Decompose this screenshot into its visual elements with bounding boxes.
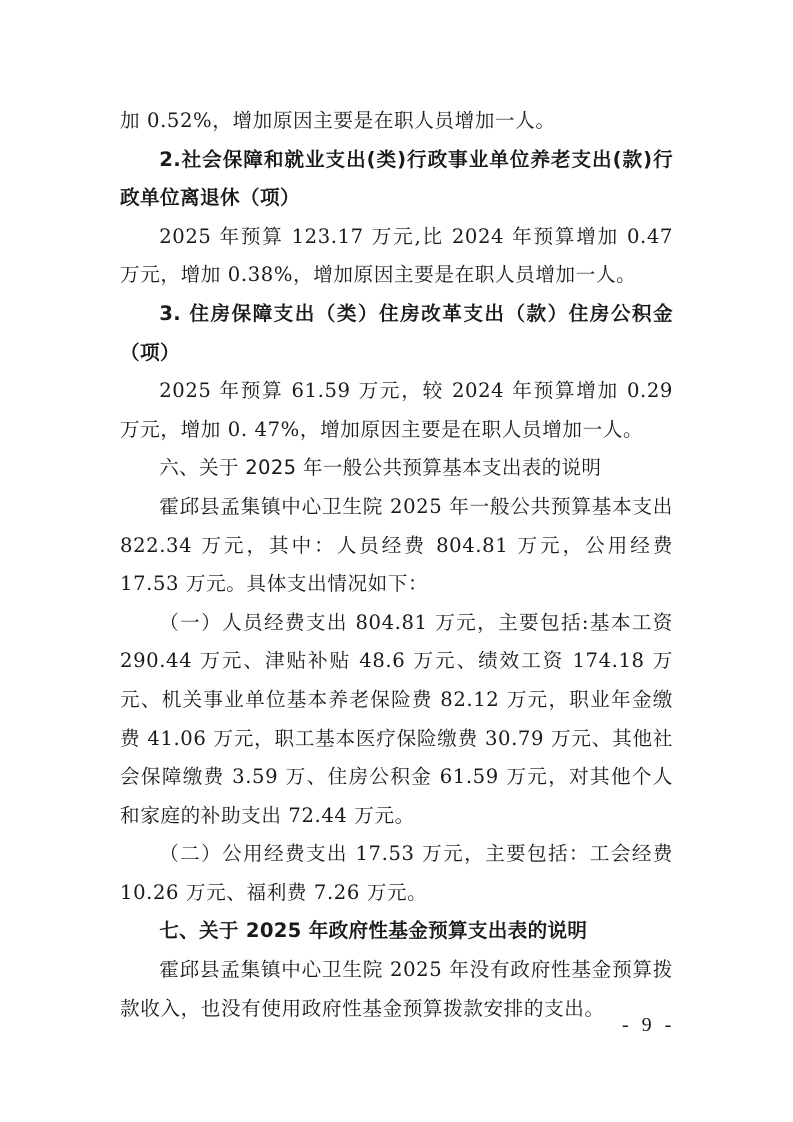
paragraph-retirement-budget: 2025 年预算 123.17 万元,比 2024 年预算增加 0.47 万元，…	[120, 218, 673, 295]
section-heading-7: 七、关于 2025 年政府性基金预算支出表的说明	[120, 912, 673, 951]
paragraph-government-fund: 霍邱县孟集镇中心卫生院 2025 年没有政府性基金预算拨款收入，也没有使用政府性…	[120, 951, 673, 1028]
page-number: - 9 -	[622, 1014, 675, 1037]
paragraph-housing-fund-budget: 2025 年预算 61.59 万元，较 2024 年预算增加 0.29 万元，增…	[120, 372, 673, 449]
document-page: 加 0.52%，增加原因主要是在职人员增加一人。 2.社会保障和就业支出(类)行…	[120, 102, 673, 1028]
section-heading-6: 六、关于 2025 年一般公共预算基本支出表的说明	[120, 449, 673, 488]
paragraph-public-expenditure: （二）公用经费支出 17.53 万元，主要包括：工会经费 10.26 万元、福利…	[120, 835, 673, 912]
subheading-social-security-retirement: 2.社会保障和就业支出(类)行政事业单位养老支出(款)行政单位离退休（项）	[120, 141, 673, 218]
subheading-housing-fund: 3. 住房保障支出（类）住房改革支出（款）住房公积金（项）	[120, 295, 673, 372]
paragraph-basic-expenditure-summary: 霍邱县孟集镇中心卫生院 2025 年一般公共预算基本支出 822.34 万元，其…	[120, 488, 673, 604]
paragraph-personnel-expenditure: （一）人员经费支出 804.81 万元，主要包括:基本工资 290.44 万元、…	[120, 604, 673, 836]
paragraph-continuation: 加 0.52%，增加原因主要是在职人员增加一人。	[120, 102, 673, 141]
